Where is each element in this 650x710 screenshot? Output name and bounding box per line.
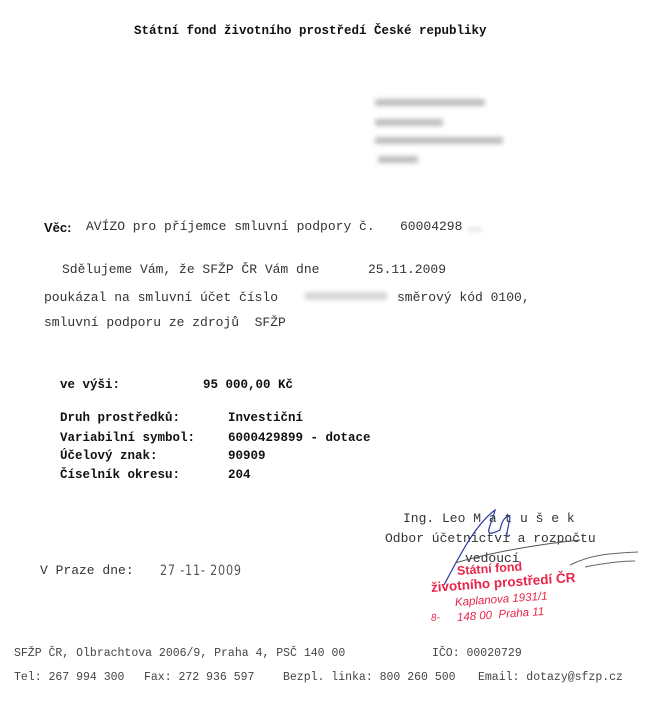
contract-number-redacted-suffix: [468, 228, 482, 231]
footer-address: SFŽP ČR, Olbrachtova 2006/9, Praha 4, PS…: [14, 647, 345, 660]
detail-value: 90909: [228, 449, 266, 463]
body-line1-prefix: Sdělujeme Vám, že SFŽP ČR Vám dne: [62, 262, 319, 277]
detail-label: Účelový znak:: [60, 449, 158, 463]
stamp-line4: 148 00 Praha 11: [457, 606, 545, 624]
footer-fax: Fax: 272 936 597: [144, 671, 254, 684]
detail-value: Investiční: [228, 411, 303, 425]
issue-date-stamp: 27 -11- 2009: [160, 563, 242, 579]
detail-value: 6000429899 - dotace: [228, 431, 371, 445]
subject-label: Věc:: [44, 220, 71, 235]
footer-ico: IČO: 00020729: [432, 647, 522, 660]
amount-value: 95 000,00 Kč: [203, 378, 293, 392]
stamp-line4-prefix: 8-: [431, 612, 441, 624]
document-title: Státní fond životního prostředí České re…: [134, 24, 487, 38]
body-line3: smluvní podporu ze zdrojů SFŽP: [44, 315, 286, 330]
subject-text: AVÍZO pro příjemce smluvní podpory č.: [86, 219, 375, 234]
detail-label: Číselník okresu:: [60, 468, 180, 482]
body-line2-suffix: směrový kód 0100,: [397, 290, 530, 305]
contract-number: 60004298: [400, 219, 462, 234]
detail-label: Druh prostředků:: [60, 411, 180, 425]
transfer-date: 25.11.2009: [368, 262, 446, 277]
body-line2-prefix: poukázal na smluvní účet číslo: [44, 290, 278, 305]
detail-label: Variabilní symbol:: [60, 431, 195, 445]
handwritten-signature-icon: [440, 505, 640, 595]
footer-hotline: Bezpl. linka: 800 260 500: [283, 671, 456, 684]
footer-tel: Tel: 267 994 300: [14, 671, 124, 684]
amount-label: ve výši:: [60, 378, 120, 392]
account-number-redacted: [305, 292, 387, 300]
place-date-label: V Praze dne:: [40, 563, 134, 578]
footer-email[interactable]: Email: dotazy@sfzp.cz: [478, 671, 623, 684]
detail-value: 204: [228, 468, 251, 482]
